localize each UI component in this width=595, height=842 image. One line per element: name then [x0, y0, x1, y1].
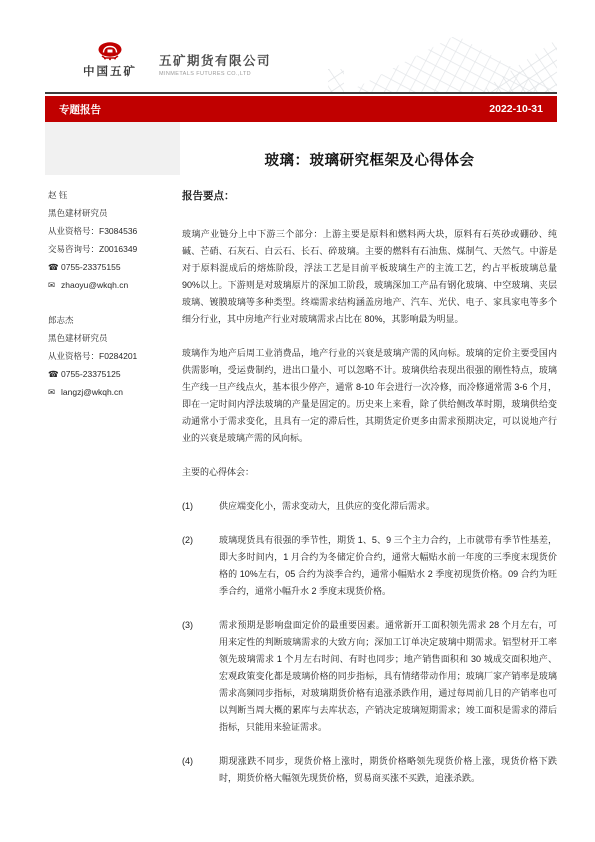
- author-card: 郎志杰 黑色建材研究员 从业资格号：F0284201 ☎0755-2337512…: [48, 311, 180, 401]
- logo-text: 中国五矿: [83, 63, 137, 79]
- insight-item: (2) 玻璃现货具有很强的季节性，期货 1、5、9 三个主力合约，上市就带有季节…: [182, 532, 557, 600]
- author-sidebar: 赵 钰 黑色建材研究员 从业资格号：F3084536 交易咨询号：Z001634…: [48, 186, 180, 418]
- author-name: 郎志杰: [48, 311, 180, 329]
- key-points-heading: 报告要点：: [182, 188, 557, 205]
- insight-number: (2): [182, 532, 219, 600]
- email-address[interactable]: zhaoyu@wkqh.cn: [61, 280, 128, 290]
- email-icon: ✉: [48, 383, 61, 401]
- sidebar-gray-box: [45, 122, 180, 175]
- author-name: 赵 钰: [48, 186, 180, 204]
- insight-number: (3): [182, 617, 219, 736]
- page-title: 玻璃：玻璃研究框架及心得体会: [182, 149, 557, 170]
- email-icon: ✉: [48, 276, 61, 294]
- insight-text: 期现涨跌不同步，现货价格上涨时，期货价格略领先现货价格上涨，现货价格下跌时，期货…: [219, 753, 557, 787]
- insight-text: 供应端变化小，需求变动大，且供应的变化滞后需求。: [219, 498, 557, 515]
- minmetals-logo: 中国五矿: [75, 42, 145, 79]
- report-date: 2022-10-31: [489, 103, 543, 115]
- insights-heading: 主要的心得体会：: [182, 464, 557, 481]
- company-name-block: 五矿期货有限公司 MINMETALS FUTURES CO.,LTD: [159, 42, 271, 77]
- body-paragraph: 玻璃作为地产后周工业消费品，地产行业的兴衰是玻璃产需的风向标。玻璃的定价主要受国…: [182, 345, 557, 447]
- insight-number: (4): [182, 753, 219, 787]
- author-phone: ☎0755-23375155: [48, 258, 180, 276]
- author-card: 赵 钰 黑色建材研究员 从业资格号：F3084536 交易咨询号：Z001634…: [48, 186, 180, 294]
- phone-number: 0755-23375155: [61, 262, 121, 272]
- minmetals-emblem-icon: [98, 42, 122, 61]
- company-name-cn: 五矿期货有限公司: [159, 51, 271, 69]
- insight-item: (4) 期现涨跌不同步，现货价格上涨时，期货价格略领先现货价格上涨，现货价格下跌…: [182, 753, 557, 787]
- insight-item: (3) 需求预期是影响盘面定价的最重要因素。通常新开工面积领先需求 28 个月左…: [182, 617, 557, 736]
- insight-number: (1): [182, 498, 219, 515]
- report-body: 报告要点： 玻璃产业链分上中下游三个部分：上游主要是原料和燃料两大块，原料有石英…: [182, 188, 557, 804]
- report-type-label: 专题报告: [59, 102, 101, 117]
- author-role: 黑色建材研究员: [48, 329, 180, 347]
- company-name-en: MINMETALS FUTURES CO.,LTD: [159, 71, 271, 77]
- author-advisory: 交易咨询号：Z0016349: [48, 240, 180, 258]
- author-qualification: 从业资格号：F3084536: [48, 222, 180, 240]
- author-email: ✉zhaoyu@wkqh.cn: [48, 276, 180, 294]
- phone-icon: ☎: [48, 365, 61, 383]
- body-paragraph: 玻璃产业链分上中下游三个部分：上游主要是原料和燃料两大块，原料有石英砂或硼砂、纯…: [182, 226, 557, 328]
- insight-text: 需求预期是影响盘面定价的最重要因素。通常新开工面积领先需求 28 个月左右，可用…: [219, 617, 557, 736]
- insight-text: 玻璃现货具有很强的季节性，期货 1、5、9 三个主力合约，上市就带有季节性基差，…: [219, 532, 557, 600]
- phone-icon: ☎: [48, 258, 61, 276]
- author-email: ✉langzj@wkqh.cn: [48, 383, 180, 401]
- report-page: 中国五矿 五矿期货有限公司 MINMETALS FUTURES CO.,LTD …: [0, 0, 595, 842]
- phone-number: 0755-23375125: [61, 369, 121, 379]
- author-role: 黑色建材研究员: [48, 204, 180, 222]
- author-qualification: 从业资格号：F0284201: [48, 347, 180, 365]
- email-address[interactable]: langzj@wkqh.cn: [61, 387, 123, 397]
- building-image: [328, 33, 557, 93]
- report-type-banner: 专题报告 2022-10-31: [45, 96, 557, 122]
- header-divider: [45, 92, 557, 94]
- insight-item: (1) 供应端变化小，需求变动大，且供应的变化滞后需求。: [182, 498, 557, 515]
- brand-header: 中国五矿 五矿期货有限公司 MINMETALS FUTURES CO.,LTD: [75, 42, 271, 79]
- author-phone: ☎0755-23375125: [48, 365, 180, 383]
